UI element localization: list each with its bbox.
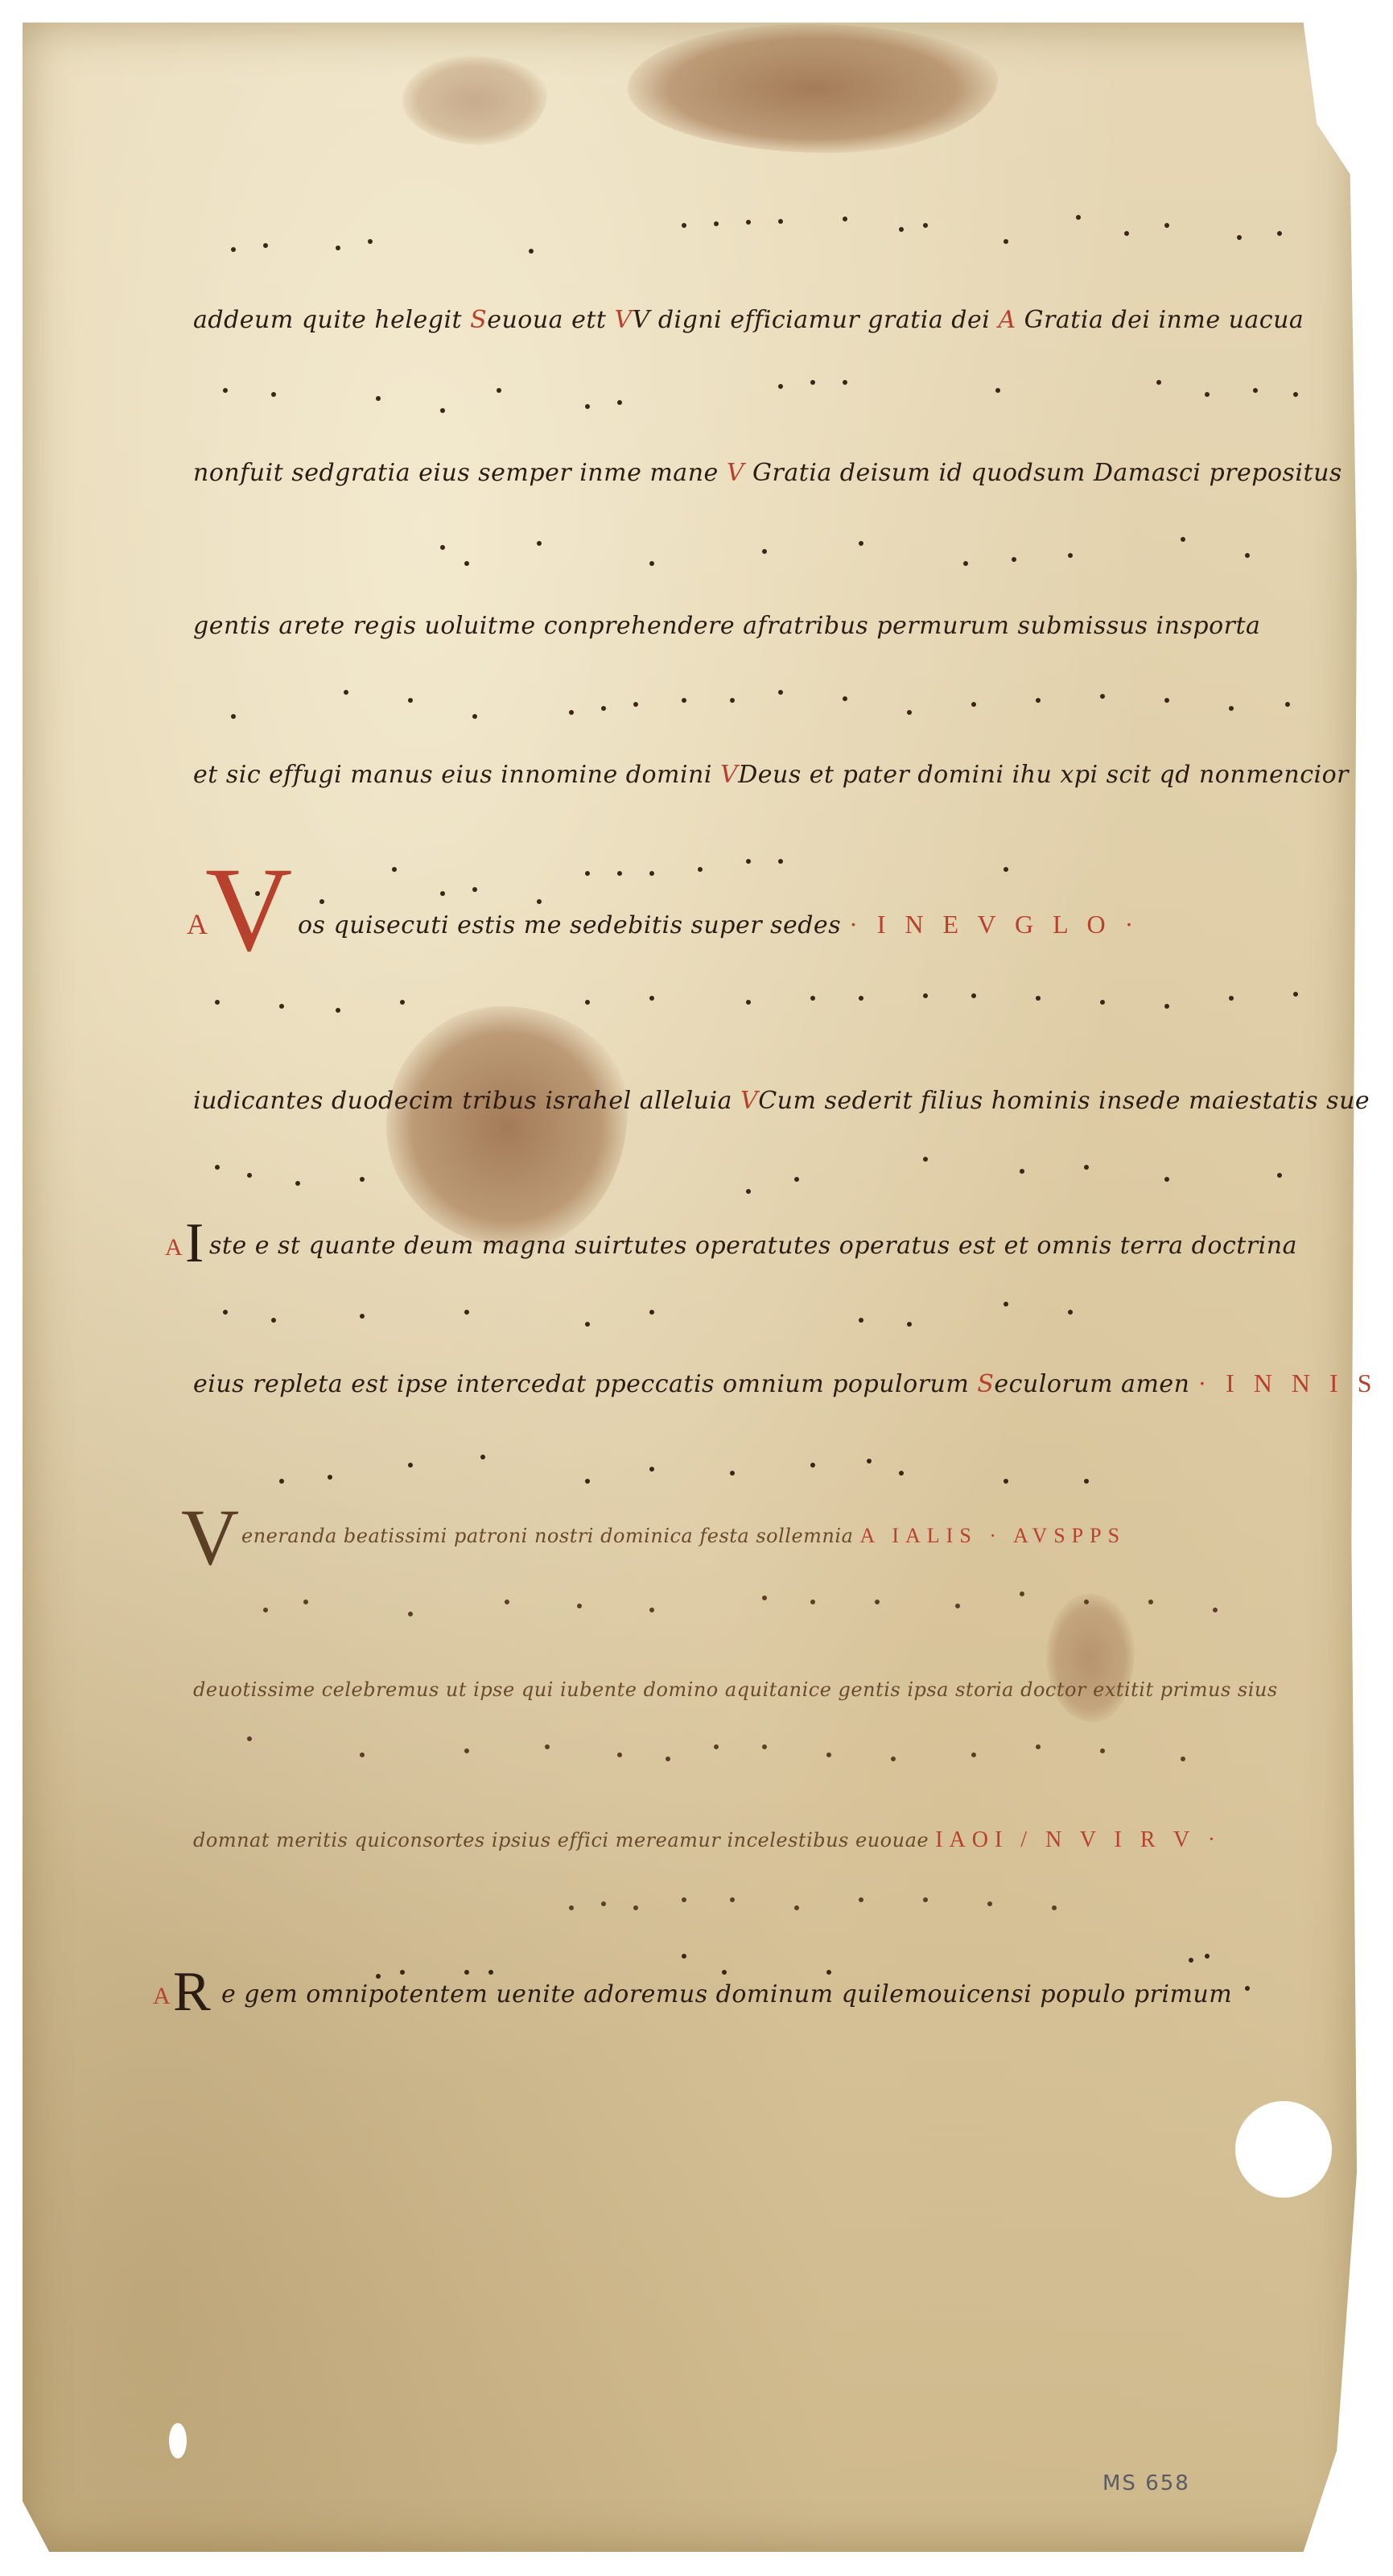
rubric-verse-marker: V [720, 761, 738, 789]
rubric-verse-marker: V [614, 306, 632, 334]
neume-row [201, 515, 1328, 580]
text-segment: V digni efficiamur gratia dei [633, 306, 999, 334]
rubric-initial: S [977, 1370, 994, 1398]
chant-line-3: gentis arete regis uoluitme conprehender… [193, 612, 1260, 640]
text-segment: eius repleta est ipse intercedat ppeccat… [193, 1370, 977, 1398]
text-segment: ste e st quante deum magna suirtutes ope… [209, 1232, 1297, 1260]
rubric-heading-innis: · I N N I S · [1198, 1368, 1393, 1397]
neume-row [201, 1143, 1328, 1207]
neume-row [201, 1288, 1328, 1352]
text-segment: deuotissime celebremus ut ipse qui iuben… [193, 1678, 1278, 1701]
parchment-hole [169, 2423, 187, 2458]
text-segment: Cum sederit filius hominis insede maiest… [758, 1087, 1370, 1115]
text-segment: os quisecuti estis me sedebitis super se… [298, 911, 849, 939]
chant-line-10: deuotissime celebremus ut ipse qui iuben… [193, 1678, 1278, 1701]
text-segment: e gem omnipotentem uenite adoremus domin… [221, 1980, 1232, 2008]
chant-line-8: eius repleta est ipse intercedat ppeccat… [193, 1368, 1393, 1398]
neume-row [201, 668, 1328, 733]
initial-i: I [185, 1216, 204, 1272]
rubric-initial: S [470, 306, 487, 334]
neume-row [201, 1578, 1328, 1642]
neume-row [201, 1433, 1328, 1497]
text-segment: et sic effugi manus eius innomine domini [193, 761, 720, 789]
chant-line-9: eneranda beatissimi patroni nostri domin… [241, 1524, 1126, 1548]
text-segment: iudicantes duodecim tribus israhel allel… [193, 1087, 740, 1115]
chant-line-4: et sic effugi manus eius innomine domini… [193, 761, 1349, 789]
text-segment: Gratia deisum id quodsum Damasci preposi… [744, 459, 1342, 487]
text-segment: Gratia dei inme uacua [1016, 306, 1304, 334]
initial-r: R [173, 1964, 211, 2021]
text-segment: gentis arete regis uoluitme conprehender… [193, 612, 1260, 640]
neume-row [201, 201, 1328, 266]
neume-row [201, 1876, 1328, 1940]
text-segment: Deus et pater domini ihu xpi scit qd non… [738, 761, 1349, 789]
neume-row [201, 978, 1328, 1042]
antiphon-prefix: A [153, 1984, 171, 2008]
rubric-heading-ausppes: A IALIS · AVSPPS [860, 1524, 1127, 1547]
parchment-hole [1235, 2101, 1332, 2198]
chant-line-6: iudicantes duodecim tribus israhel allel… [193, 1087, 1370, 1115]
rubric-verse-marker: V [727, 459, 744, 487]
rubric-verse-marker: V [740, 1087, 758, 1115]
text-segment: eneranda beatissimi patroni nostri domin… [241, 1525, 860, 1547]
initial-v-faded: V [181, 1497, 239, 1578]
text-segment: euoua ett [487, 306, 614, 334]
chant-line-12: e gem omnipotentem uenite adoremus domin… [221, 1980, 1232, 2008]
text-segment: nonfuit sedgratia eius semper inme mane [193, 459, 727, 487]
text-segment: domnat meritis quiconsortes ipsius effic… [193, 1829, 935, 1851]
decorated-initial-v: V [205, 849, 292, 970]
chant-line-2: nonfuit sedgratia eius semper inme mane … [193, 459, 1342, 487]
antiphon-prefix: A [165, 1236, 183, 1260]
text-segment: addeum quite helegit [193, 306, 470, 334]
rubric-heading-in-evglo: · I N E V G L O · [849, 910, 1140, 939]
rubric-heading-invitatory: IAOI / N V I R V · [935, 1827, 1222, 1852]
text-segment: eculorum amen [994, 1370, 1197, 1398]
chant-line-7: ste e st quante deum magna suirtutes ope… [209, 1232, 1297, 1260]
neume-row [201, 1723, 1328, 1787]
chant-line-1: addeum quite helegit Seuoua ett VV digni… [193, 306, 1304, 334]
chant-line-11: domnat meritis quiconsortes ipsius effic… [193, 1827, 1222, 1853]
shelfmark-label: MS 658 [1102, 2471, 1190, 2495]
neume-row [201, 358, 1328, 423]
chant-line-5: os quisecuti estis me sedebitis super se… [298, 910, 1140, 939]
neume-row [201, 853, 1328, 918]
rubric-antiphon-marker: A [998, 306, 1016, 334]
